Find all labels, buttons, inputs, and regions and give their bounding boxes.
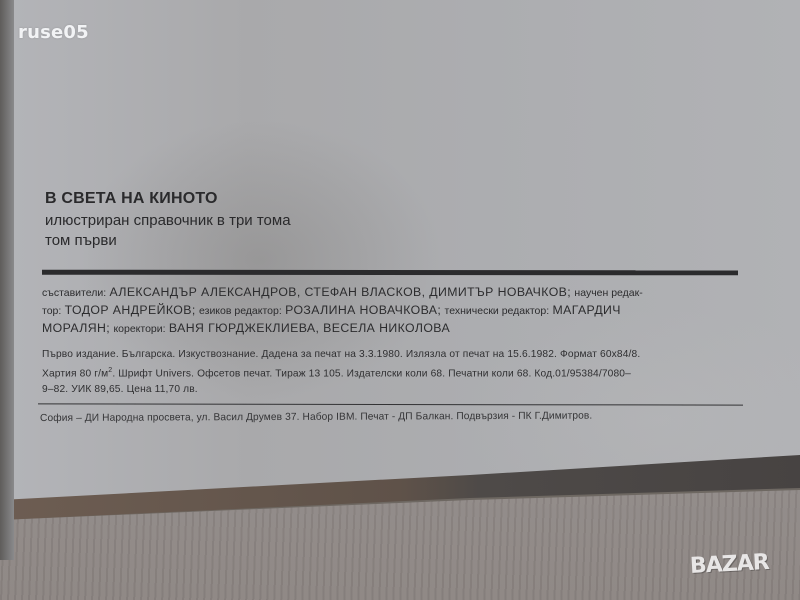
tech-editor: МАГАРДИЧ <box>552 303 620 317</box>
watermark-bazar-logo: BAZAR <box>689 550 769 579</box>
credits-line-1: съставители: АЛЕКСАНДЪР АЛЕКСАНДРОВ, СТЕ… <box>42 284 762 302</box>
page-left-edge <box>0 0 14 560</box>
book-volume: том първи <box>45 231 291 251</box>
book-subtitle: илюстриран справочник в три тома <box>45 211 291 231</box>
proofreaders-label: коректори: <box>113 323 165 335</box>
watermark-username: ruse05 <box>18 22 89 43</box>
proofreaders: ВАНЯ ГЮРДЖЕКЛИЕВА, ВЕСЕЛА НИКОЛОВА <box>169 321 450 335</box>
book-title: В СВЕТА НА КИНОТО <box>45 190 291 208</box>
credits-line-3: МОРАЛЯН; коректори: ВАНЯ ГЮРДЖЕКЛИЕВА, В… <box>42 320 762 338</box>
credits: съставители: АЛЕКСАНДЪР АЛЕКСАНДРОВ, СТЕ… <box>42 284 762 338</box>
sci-editor: ТОДОР АНДРЕЙКОВ; <box>65 303 196 317</box>
compilers-label: съставители: <box>42 287 106 299</box>
imprint: Първо издание. Българска. Изкуствознание… <box>42 347 772 398</box>
compilers: АЛЕКСАНДЪР АЛЕКСАНДРОВ, СТЕФАН ВЛАСКОВ, … <box>109 285 571 299</box>
thick-divider <box>42 270 738 276</box>
lang-editor: РОЗАЛИНА НОВАЧКОВА; <box>285 303 441 317</box>
tech-editor-cont: МОРАЛЯН; <box>42 321 110 335</box>
lang-editor-label: езиков редактор: <box>199 305 282 317</box>
imprint-line-2: Хартия 80 г/м2. Шрифт Univers. Офсетов п… <box>42 363 772 382</box>
imprint-line-1: Първо издание. Българска. Изкуствознание… <box>42 347 772 363</box>
title-block: В СВЕТА НА КИНОТО илюстриран справочник … <box>45 190 291 251</box>
credits-line-2: тор: ТОДОР АНДРЕЙКОВ; езиков редактор: Р… <box>42 302 762 320</box>
imprint-details: . Шрифт Univers. Офсетов печат. Тираж 13… <box>112 368 631 379</box>
sci-editor-label: научен редак- <box>574 287 642 299</box>
imprint-line-3: 9–82. УИК 89,65. Цена 11,70 лв. <box>42 382 772 398</box>
sci-editor-label-cont: тор: <box>42 305 61 317</box>
tech-editor-label: технически редактор: <box>445 305 550 317</box>
imprint-paper: Хартия 80 г/м <box>42 368 108 379</box>
book-page <box>10 0 800 530</box>
